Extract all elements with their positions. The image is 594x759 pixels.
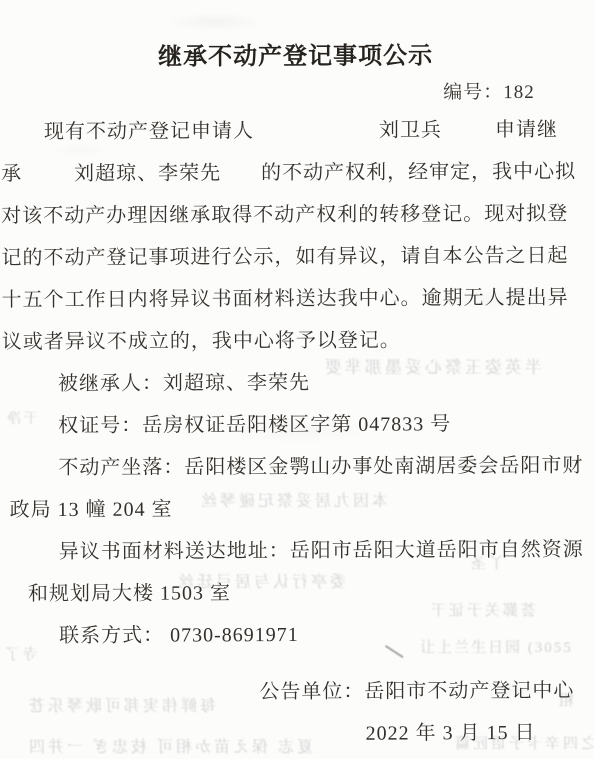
notice-title: 继承不动产登记事项公示 [0,35,593,73]
paragraph-line-6: 议或者异议不成立的，我中心将予以登记。 [2,319,594,364]
decedent-names-inline: 刘超琼、李荣先 [74,162,221,185]
issue-date: 2022 年 3 月 15 日 [3,712,594,757]
paragraph-line-2: 承刘超琼、李荣先的不动产权利，经审定，我中心拟 [1,151,593,196]
notice-content: 继承不动产登记事项公示 编号：182 现有不动产登记申请人刘卫兵申请继 承刘超琼… [0,0,594,759]
issuing-unit: 公告单位：岳阳市不动产登记中心 [3,670,594,715]
field-contact-phone: 联系方式： 0730-8691971 [3,613,594,658]
paragraph-line-4: 记的不动产登记事项进行公示，如有异议，请自本公告之日起 [1,235,593,280]
doc-number: 编号：182 [443,77,535,104]
field-objection-address-line1: 异议书面材料送达地址：岳阳市岳阳大道岳阳市自然资源 [3,529,594,574]
paragraph-continuation-char: 承 [1,163,22,185]
paragraph-line-3: 对该不动产办理因继承取得不动产权利的转移登记。现对拟登 [1,193,593,238]
paragraph-line-1: 现有不动产登记申请人刘卫兵申请继 [1,109,593,154]
paragraph-line2-tail: 的不动产权利，经审定，我中心拟 [261,161,576,184]
field-decedents: 被继承人：刘超琼、李荣先 [2,361,594,406]
paragraph-lead-text: 现有不动产登记申请人 [1,120,254,143]
field-property-location-line1: 不动产坐落：岳阳楼区金鹗山办事处南湖居委会岳阳市财 [2,445,594,490]
applicant-name: 刘卫兵 [379,119,442,141]
scanned-notice-sheet: 继承不动产登记事项公示 编号：182 现有不动产登记申请人刘卫兵申请继 承刘超琼… [0,0,594,759]
field-objection-address-line2: 和规划局大楼 1503 室 [3,571,594,616]
field-property-location-line2: 政局 13 幢 204 室 [2,487,594,532]
notice-body: 现有不动产登记申请人刘卫兵申请继 承刘超琼、李荣先的不动产权利，经审定，我中心拟… [1,109,594,757]
paragraph-tail-text: 申请继 [495,119,558,141]
field-certificate-number: 权证号：岳房权证岳阳楼区字第 047833 号 [2,403,594,448]
paragraph-line-5: 十五个工作日内将异议书面材料送达我中心。逾期无人提出异 [2,277,594,322]
